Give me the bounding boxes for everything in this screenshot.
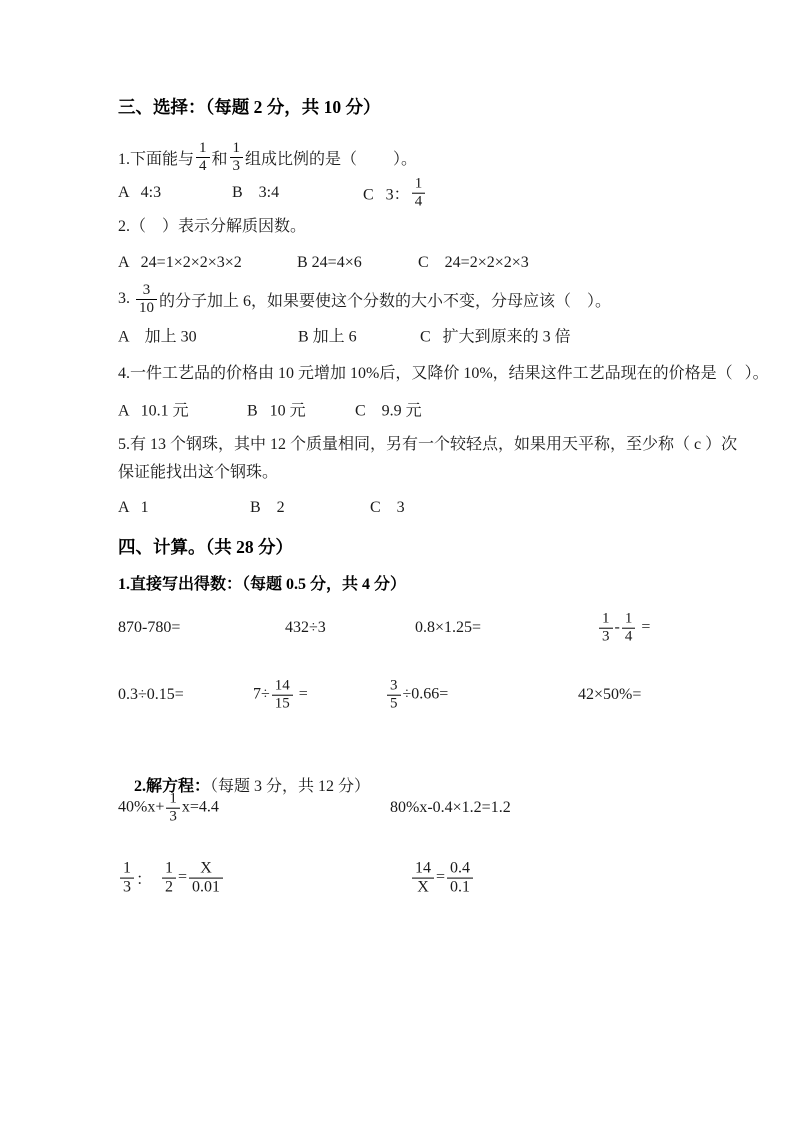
option-a: A 4:3 bbox=[118, 184, 161, 202]
fraction-3-5: 35 bbox=[387, 678, 401, 713]
fraction-1-3: 13 bbox=[599, 611, 613, 646]
equals-sign: = bbox=[295, 686, 308, 704]
calc-expression: 0.3÷0.15= bbox=[118, 686, 184, 704]
fraction-14-x: 14X bbox=[412, 860, 434, 897]
fraction-denominator: 10 bbox=[136, 299, 157, 317]
fraction-denominator: 3 bbox=[120, 878, 134, 897]
fraction-1-4: 14 bbox=[412, 176, 426, 211]
equation: 80%x-0.4×1.2=1.2 bbox=[390, 799, 511, 817]
fraction-numerator: 1 bbox=[166, 791, 180, 808]
option-a: A 10.1 元 bbox=[118, 398, 189, 421]
equation-text: 40%x+ bbox=[118, 799, 164, 817]
equation: 40%x+ 13 x=4.4 bbox=[118, 791, 219, 826]
fraction-numerator: 1 bbox=[162, 860, 176, 878]
equation: 13 ： 12 = X0.01 bbox=[118, 860, 225, 897]
fraction-numerator: 1 bbox=[230, 140, 244, 157]
fraction-numerator: 14 bbox=[412, 860, 434, 878]
option-b: B 10 元 bbox=[247, 398, 306, 421]
fraction-1-4: 14 bbox=[622, 611, 636, 646]
fraction-denominator: 4 bbox=[622, 628, 636, 646]
fraction-numerator: 1 bbox=[196, 140, 210, 157]
question-3-text-pre: 3. bbox=[118, 290, 134, 308]
option-a: A 24=1×2×2×3×2 bbox=[118, 254, 242, 272]
option-b: B 3:4 bbox=[232, 184, 279, 202]
question-2-options: A 24=1×2×2×3×2 B 24=4×6 C 24=2×2×2×3 bbox=[118, 252, 753, 274]
exam-paper-page: 三、选择：（每题 2 分，共 10 分） 1.下面能与 14 和 13 组成比例… bbox=[0, 0, 793, 1122]
fraction-denominator: X bbox=[412, 878, 434, 897]
fraction-numerator: 0.4 bbox=[447, 860, 473, 878]
minus-sign: - bbox=[615, 619, 620, 637]
fraction-x-001: X0.01 bbox=[189, 860, 223, 897]
calc-expression: 13 - 14 = bbox=[597, 611, 650, 646]
fraction-1-3: 13 bbox=[166, 791, 180, 826]
calc-text: 7÷ bbox=[253, 686, 270, 704]
question-4-stem: 4.一件工艺品的价格由 10 元增加 10%后，又降价 10%，结果这件工艺品现… bbox=[118, 363, 769, 385]
calc-expression: 7÷ 1415 = bbox=[253, 678, 308, 713]
calc-expression: 432÷3 bbox=[285, 619, 326, 637]
option-c: C 3 bbox=[370, 499, 405, 517]
fraction-numerator: X bbox=[189, 860, 223, 878]
fraction-denominator: 3 bbox=[599, 628, 613, 646]
fraction-numerator: 1 bbox=[120, 860, 134, 878]
question-5-options: A 1 B 2 C 3 bbox=[118, 497, 753, 519]
option-b: B 2 bbox=[250, 499, 285, 517]
question-1-text-mid: 和 bbox=[212, 146, 228, 169]
fraction-denominator: 0.1 bbox=[447, 878, 473, 897]
option-c-text: C 3： bbox=[363, 182, 410, 205]
question-3-options: A 加上 30 B 加上 6 C 扩大到原来的 3 倍 bbox=[118, 324, 753, 346]
calc-expression: 0.8×1.25= bbox=[415, 619, 481, 637]
option-c: C 扩大到原来的 3 倍 bbox=[420, 324, 571, 347]
fraction-denominator: 5 bbox=[387, 695, 401, 713]
fraction-denominator: 2 bbox=[162, 878, 176, 897]
question-5-stem-line-2: 保证能找出这个钢珠。 bbox=[118, 462, 278, 484]
option-c: C 9.9 元 bbox=[355, 398, 422, 421]
fraction-denominator: 0.01 bbox=[189, 878, 223, 897]
fraction-numerator: 1 bbox=[412, 176, 426, 193]
question-2-stem: 2.（ ）表示分解质因数。 bbox=[118, 216, 306, 238]
option-a: A 1 bbox=[118, 499, 149, 517]
equation-row-2: 13 ： 12 = X0.01 14X = 0.40.1 bbox=[118, 850, 753, 906]
question-1-text-post: 组成比例的是（ ）。 bbox=[245, 146, 417, 169]
mental-math-subheading: 1.直接写出得数：（每题 0.5 分，共 4 分） bbox=[118, 571, 406, 594]
fraction-04-01: 0.40.1 bbox=[447, 860, 473, 897]
equals-sign: = bbox=[436, 869, 445, 887]
calc-expression: 870-780= bbox=[118, 619, 180, 637]
fraction-numerator: 3 bbox=[387, 678, 401, 695]
question-3-text-post: 的分子加上 6，如果要使这个分数的大小不变，分母应该（ ）。 bbox=[159, 288, 611, 311]
question-5-stem-line-1: 5.有 13 个钢珠，其中 12 个质量相同，另有一个较轻点，如果用天平称，至少… bbox=[118, 434, 737, 456]
section-4-heading: 四、计算。（共 28 分） bbox=[118, 534, 293, 559]
option-b: B 加上 6 bbox=[298, 324, 357, 347]
option-c: C 24=2×2×2×3 bbox=[418, 254, 529, 272]
section-3-heading: 三、选择：（每题 2 分，共 10 分） bbox=[118, 94, 381, 119]
option-c: C 3： 14 bbox=[363, 176, 427, 211]
fraction-denominator: 15 bbox=[272, 695, 293, 713]
fraction-numerator: 1 bbox=[622, 611, 636, 628]
fraction-1-2: 12 bbox=[162, 860, 176, 897]
fraction-denominator: 3 bbox=[166, 808, 180, 826]
calc-row-1: 870-780= 432÷3 0.8×1.25= 13 - 14 = bbox=[118, 603, 753, 653]
equation-text: x=4.4 bbox=[182, 799, 219, 817]
calc-text: ÷0.66= bbox=[403, 686, 449, 704]
equation: 14X = 0.40.1 bbox=[410, 860, 475, 897]
calc-expression: 42×50%= bbox=[578, 686, 641, 704]
question-3-stem: 3. 310 的分子加上 6，如果要使这个分数的大小不变，分母应该（ ）。 bbox=[118, 276, 611, 322]
fraction-denominator: 4 bbox=[412, 193, 426, 211]
ratio-colon: ： bbox=[136, 867, 160, 890]
fraction-1-3: 13 bbox=[120, 860, 134, 897]
calc-expression: 35 ÷0.66= bbox=[385, 678, 448, 713]
fraction-3-10: 310 bbox=[136, 282, 157, 317]
equals-sign: = bbox=[178, 869, 187, 887]
fraction-14-15: 1415 bbox=[272, 678, 293, 713]
equals-sign: = bbox=[637, 619, 650, 637]
question-1-options: A 4:3 B 3:4 C 3： 14 bbox=[118, 168, 753, 218]
option-b: B 24=4×6 bbox=[297, 254, 362, 272]
equation-row-1: 40%x+ 13 x=4.4 80%x-0.4×1.2=1.2 bbox=[118, 783, 753, 833]
calc-row-2: 0.3÷0.15= 7÷ 1415 = 35 ÷0.66= 42×50%= bbox=[118, 670, 753, 720]
fraction-numerator: 3 bbox=[136, 282, 157, 299]
fraction-numerator: 14 bbox=[272, 678, 293, 695]
question-4-options: A 10.1 元 B 10 元 C 9.9 元 bbox=[118, 398, 753, 420]
option-a: A 加上 30 bbox=[118, 324, 197, 347]
question-1-text-pre: 1.下面能与 bbox=[118, 146, 194, 169]
fraction-numerator: 1 bbox=[599, 611, 613, 628]
